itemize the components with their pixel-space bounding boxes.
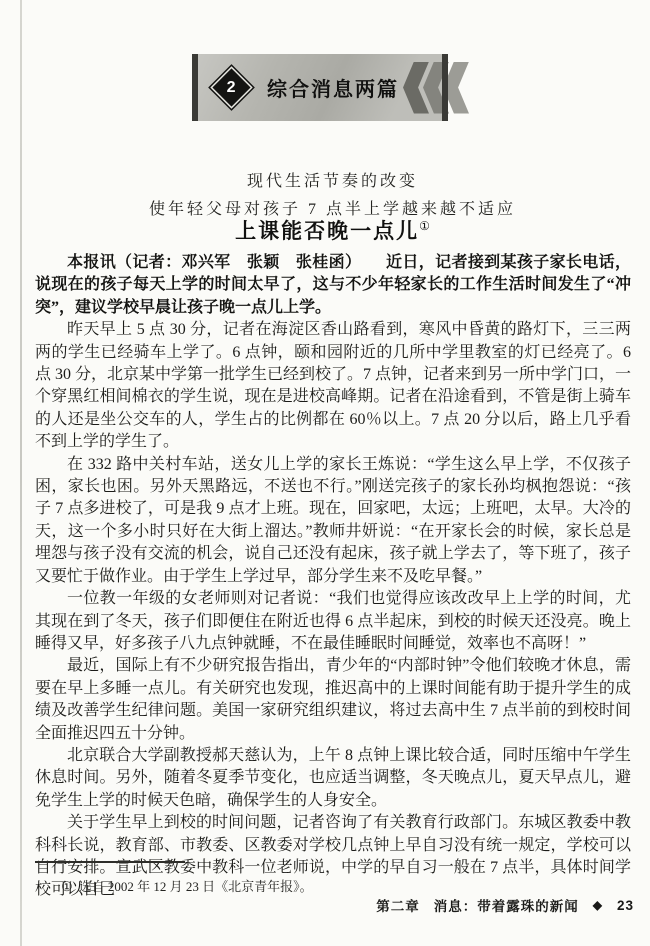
chapter-number-diamond-icon: 2 — [212, 68, 250, 106]
footnote-text: 选自 2002 年 12 月 23 日《北京青年报》。 — [79, 879, 313, 894]
banner-left-bar — [192, 54, 198, 121]
footer-page-number: 23 — [617, 898, 634, 913]
paragraph: 昨天早上 5 点 30 分，记者在海淀区香山路看到，寒风中昏黄的路灯下，三三两两… — [35, 319, 631, 453]
page-footer: 第二章 消息：带着露珠的新闻 ◆ 23 — [376, 895, 634, 915]
article-body: 本报讯（记者：邓兴军 张颖 张桂函） 近日，记者接到某孩子家长电话，说现在的孩子… — [35, 252, 631, 902]
kicker-line-1: 现代生活节奏的改变 — [35, 168, 630, 196]
footer-chapter-label: 第二章 — [376, 895, 420, 915]
chapter-number: 2 — [227, 79, 236, 97]
diamond-icon: ◆ — [593, 898, 603, 912]
binding-line — [20, 0, 22, 946]
paragraph: 最近，国际上有不少研究报告指出，青少年的“内部时钟”令他们较晚才休息，需要在早上… — [35, 655, 631, 745]
book-page: 2 综合消息两篇 现代生活节奏的改变 使年轻父母对孩子 7 点半上学越来越不适应… — [0, 0, 650, 946]
article-title-text: 上课能否晚一点儿 — [235, 220, 419, 243]
paragraph: 一位教一年级的女老师则对记者说：“我们也觉得应该改改早上上学的时间，尤其现在到了… — [35, 588, 631, 655]
chevrons-left-icon — [409, 62, 469, 114]
footnote-rule — [35, 861, 185, 863]
paragraph-lead: 本报讯（记者：邓兴军 张颖 张桂函） 近日，记者接到某孩子家长电话，说现在的孩子… — [35, 252, 631, 319]
chapter-banner-title: 综合消息两篇 — [267, 73, 399, 102]
chapter-banner: 2 综合消息两篇 — [192, 54, 448, 121]
footer-chapter-title: 消息：带着露珠的新闻 — [434, 895, 579, 915]
banner-right-bar — [442, 54, 448, 121]
article-title: 上课能否晚一点儿① — [35, 215, 630, 245]
paragraph: 在 332 路中关村车站，送女儿上学的家长王炼说：“学生这么早上学，不仅孩子困，… — [35, 454, 631, 588]
footnote-marker: ① — [61, 879, 73, 894]
footnote-reference: ① — [419, 219, 430, 233]
paragraph: 北京联合大学副教授郝天慈认为，上午 8 点钟上课比较合适，同时压缩中午学生休息时… — [35, 745, 631, 812]
footnote: ①选自 2002 年 12 月 23 日《北京青年报》。 — [35, 876, 595, 895]
